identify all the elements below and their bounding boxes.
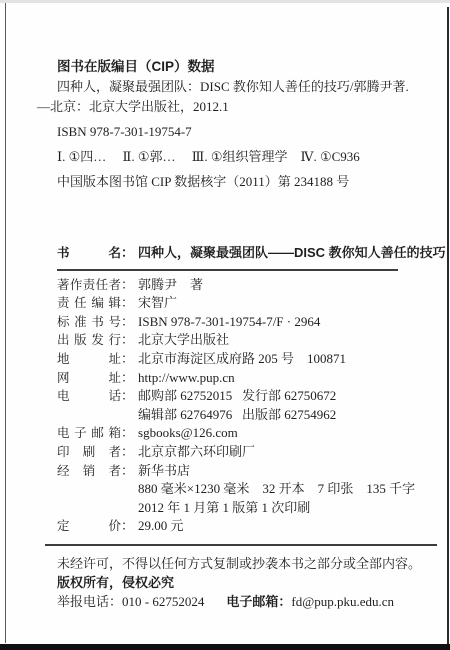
rights-reserved-notice: 版权所有，侵权必究 (57, 573, 413, 592)
colon: ： (121, 443, 138, 462)
scan-edge-left (5, 3, 6, 643)
colon: ： (121, 244, 138, 263)
info-label: 定价 (57, 517, 121, 536)
colon: ： (121, 313, 138, 332)
cip-title-line: 四种人，凝聚最强团队：DISC 教你知人善任的技巧/郭腾尹著. (57, 77, 413, 97)
cip-publisher-line: —北京：北京大学出版社，2012.1 (37, 97, 413, 117)
cip-registry-number: 中国版本图书馆 CIP 数据核字（2011）第 234188 号 (57, 172, 413, 192)
address-value: 北京市海淀区成府路 205 号 100871 (138, 350, 413, 369)
printer-value: 北京京都六环印刷厂 (138, 443, 413, 462)
info-row-email: 电子邮箱： sgbooks@126.com (57, 424, 413, 443)
info-row-book-title: 书名： 四种人，凝聚最强团队——DISC 教你知人善任的技巧 (57, 244, 413, 263)
publisher-value: 北京大学出版社 (138, 331, 413, 350)
info-row-price: 定价： 29.00 元 (57, 517, 413, 536)
phone-line-1: 邮购部 62752015发行部 62750672 (138, 387, 413, 406)
info-row-website: 网址： http://www.pup.cn (57, 369, 413, 388)
scan-edge-top (0, 0, 450, 3)
print-edition: 2012 年 1 月第 1 版第 1 次印刷 (138, 499, 415, 518)
colon: ： (121, 387, 138, 424)
report-email-label: 电子邮箱 (226, 594, 278, 609)
colon: ： (121, 350, 138, 369)
info-row-publisher: 出版发行： 北京大学出版社 (57, 331, 413, 350)
distributor-name: 新华书店 (138, 462, 415, 481)
info-label: 责任编辑 (57, 294, 121, 313)
email-value: sgbooks@126.com (138, 424, 413, 443)
colon: ： (278, 594, 291, 609)
cip-classification: Ⅰ. ①四… Ⅱ. ①郭… Ⅲ. ①组织管理学 Ⅳ. ①C936 (57, 147, 413, 167)
colon: ： (121, 331, 138, 350)
format-specs: 880 毫米×1230 毫米 32 开本 7 印张 135 千字 (138, 480, 415, 499)
colon: ： (121, 276, 138, 295)
book-title-value: 四种人，凝聚最强团队——DISC 教你知人善任的技巧 (138, 244, 446, 263)
colon: ： (121, 517, 138, 536)
info-label: 出版发行 (57, 331, 121, 350)
report-phone-label: 举报电话 (57, 594, 109, 609)
info-row-address: 地址： 北京市海淀区成府路 205 号 100871 (57, 350, 413, 369)
cip-heading: 图书在版编目（CIP）数据 (57, 57, 413, 77)
website-value: http://www.pup.cn (138, 369, 413, 388)
copyright-page: 图书在版编目（CIP）数据 四种人，凝聚最强团队：DISC 教你知人善任的技巧/… (57, 57, 413, 611)
footer-divider (45, 544, 437, 546)
editor-value: 宋智广 (138, 294, 413, 313)
title-underline (57, 269, 398, 271)
author-value: 郭腾尹 著 (138, 276, 413, 295)
info-label: 著作责任者 (57, 276, 121, 295)
info-row-phone: 电话： 邮购部 62752015发行部 62750672 编辑部 6276497… (57, 387, 413, 424)
phone-values: 邮购部 62752015发行部 62750672 编辑部 62764976出版部… (138, 387, 413, 424)
colon: ： (121, 369, 138, 388)
info-label: 网址 (57, 369, 121, 388)
publication-info: 书名： 四种人，凝聚最强团队——DISC 教你知人善任的技巧 著作责任者： 郭腾… (57, 244, 413, 536)
colon: ： (121, 424, 138, 443)
info-label: 电话 (57, 387, 121, 424)
distributor-values: 新华书店 880 毫米×1230 毫米 32 开本 7 印张 135 千字 20… (138, 462, 415, 518)
phone-editorial: 编辑部 62764976 (138, 406, 242, 425)
price-value: 29.00 元 (138, 517, 413, 536)
info-label: 标准书号 (57, 313, 121, 332)
info-label: 电子邮箱 (57, 424, 121, 443)
no-copy-notice: 未经许可，不得以任何方式复制或抄袭本书之部分或全部内容。 (57, 554, 413, 573)
phone-mail-order: 邮购部 62752015 (138, 387, 242, 406)
info-row-printer: 印刷者： 北京京都六环印刷厂 (57, 443, 413, 462)
info-label: 印刷者 (57, 443, 121, 462)
info-label: 经销者 (57, 462, 121, 518)
colon: ： (121, 294, 138, 313)
info-row-author: 著作责任者： 郭腾尹 著 (57, 276, 413, 295)
phone-line-2: 编辑部 62764976出版部 62754962 (138, 406, 413, 425)
info-row-standard-isbn: 标准书号： ISBN 978-7-301-19754-7/F · 2964 (57, 313, 413, 332)
copyright-notice-section: 未经许可，不得以任何方式复制或抄袭本书之部分或全部内容。 版权所有，侵权必究 举… (57, 554, 413, 611)
info-row-distributor: 经销者： 新华书店 880 毫米×1230 毫米 32 开本 7 印张 135 … (57, 462, 413, 518)
cip-isbn: ISBN 978-7-301-19754-7 (57, 122, 413, 142)
report-contact-line: 举报电话：010 - 62752024电子邮箱：fd@pup.pku.edu.c… (57, 592, 413, 611)
report-email-address: fd@pup.pku.edu.cn (291, 594, 394, 609)
colon: ： (121, 462, 138, 518)
phone-distribution: 发行部 62750672 (242, 388, 336, 403)
info-label: 地址 (57, 350, 121, 369)
standard-isbn-value: ISBN 978-7-301-19754-7/F · 2964 (138, 313, 413, 332)
cip-section: 图书在版编目（CIP）数据 四种人，凝聚最强团队：DISC 教你知人善任的技巧/… (57, 57, 413, 192)
phone-publishing: 出版部 62754962 (242, 407, 336, 422)
colon: ： (109, 594, 122, 609)
info-label: 书名 (57, 244, 121, 263)
scan-edge-right (447, 7, 449, 644)
scan-edge-bottom (0, 644, 450, 650)
report-phone-number: 010 - 62752024 (122, 594, 204, 609)
info-row-editor: 责任编辑： 宋智广 (57, 294, 413, 313)
